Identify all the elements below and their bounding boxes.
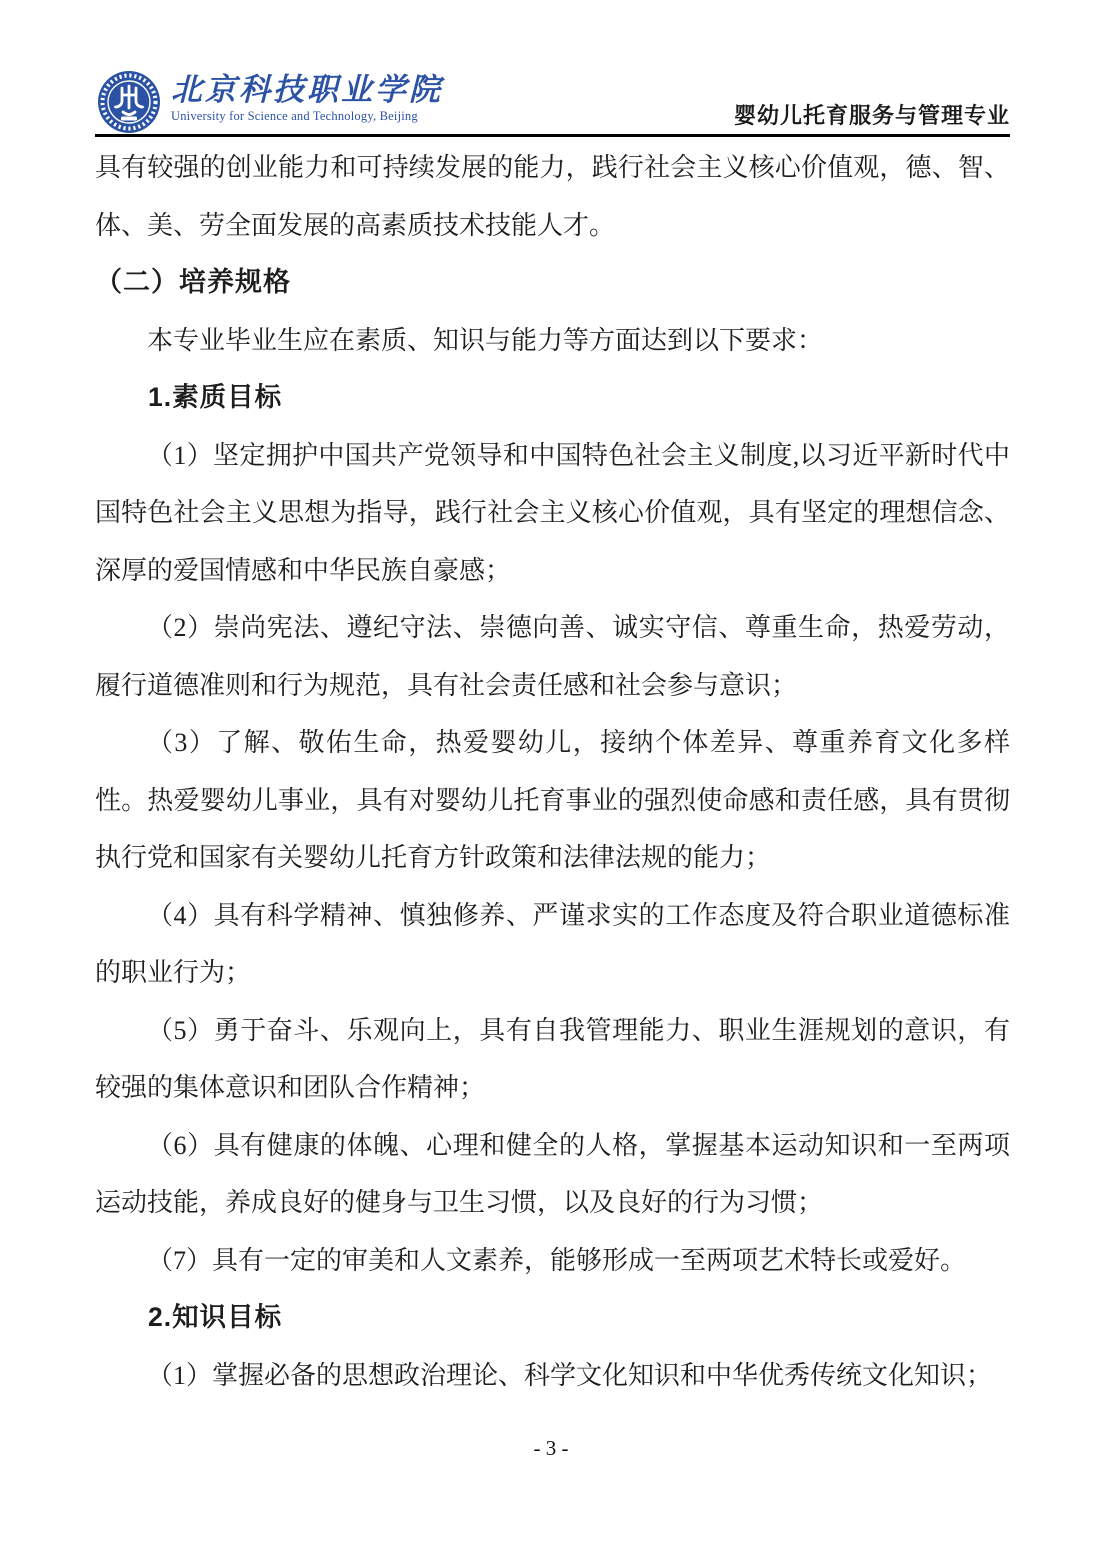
university-logo: 北京科技职业学院 University for Science and Tech… bbox=[97, 70, 443, 134]
university-name-block: 北京科技职业学院 University for Science and Tech… bbox=[171, 70, 443, 125]
paragraph-quality-1: （1）坚定拥护中国共产党领导和中国特色社会主义制度,以习近平新时代中国特色社会主… bbox=[95, 427, 1010, 600]
page-number: - 3 - bbox=[0, 1436, 1102, 1461]
paragraph-continuation: 具有较强的创业能力和可持续发展的能力，践行社会主义核心价值观，德、智、体、美、劳… bbox=[95, 139, 1010, 254]
university-name-zh: 北京科技职业学院 bbox=[171, 72, 443, 108]
paragraph-intro: 本专业毕业生应在素质、知识与能力等方面达到以下要求： bbox=[95, 312, 1010, 370]
paragraph-quality-6: （6）具有健康的体魄、心理和健全的人格，掌握基本运动知识和一至两项运动技能，养成… bbox=[95, 1117, 1010, 1232]
header-major-title: 婴幼儿托育服务与管理专业 bbox=[734, 99, 1010, 130]
page-header: 北京科技职业学院 University for Science and Tech… bbox=[95, 0, 1010, 137]
document-body: 具有较强的创业能力和可持续发展的能力，践行社会主义核心价值观，德、智、体、美、劳… bbox=[95, 139, 1010, 1404]
paragraph-quality-3: （3）了解、敬佑生命，热爱婴幼儿，接纳个体差异、尊重养育文化多样性。热爱婴幼儿事… bbox=[95, 714, 1010, 887]
paragraph-knowledge-1: （1）掌握必备的思想政治理论、科学文化知识和中华优秀传统文化知识； bbox=[95, 1347, 1010, 1405]
paragraph-quality-5: （5）勇于奋斗、乐观向上，具有自我管理能力、职业生涯规划的意识，有较强的集体意识… bbox=[95, 1002, 1010, 1117]
paragraph-quality-2: （2）崇尚宪法、遵纪守法、崇德向善、诚实守信、尊重生命，热爱劳动，履行道德准则和… bbox=[95, 599, 1010, 714]
sub-heading-knowledge-goals: 2.知识目标 bbox=[95, 1289, 1010, 1347]
paragraph-quality-7: （7）具有一定的审美和人文素养，能够形成一至两项艺术特长或爱好。 bbox=[95, 1232, 1010, 1290]
paragraph-quality-4: （4）具有科学精神、慎独修养、严谨求实的工作态度及符合职业道德标准的职业行为； bbox=[95, 887, 1010, 1002]
section-heading-training-specs: （二）培养规格 bbox=[95, 254, 1010, 312]
university-name-en: University for Science and Technology, B… bbox=[171, 108, 443, 125]
document-page: 北京科技职业学院 University for Science and Tech… bbox=[0, 0, 1102, 1559]
sub-heading-quality-goals: 1.素质目标 bbox=[95, 369, 1010, 427]
university-seal-icon bbox=[97, 70, 161, 134]
